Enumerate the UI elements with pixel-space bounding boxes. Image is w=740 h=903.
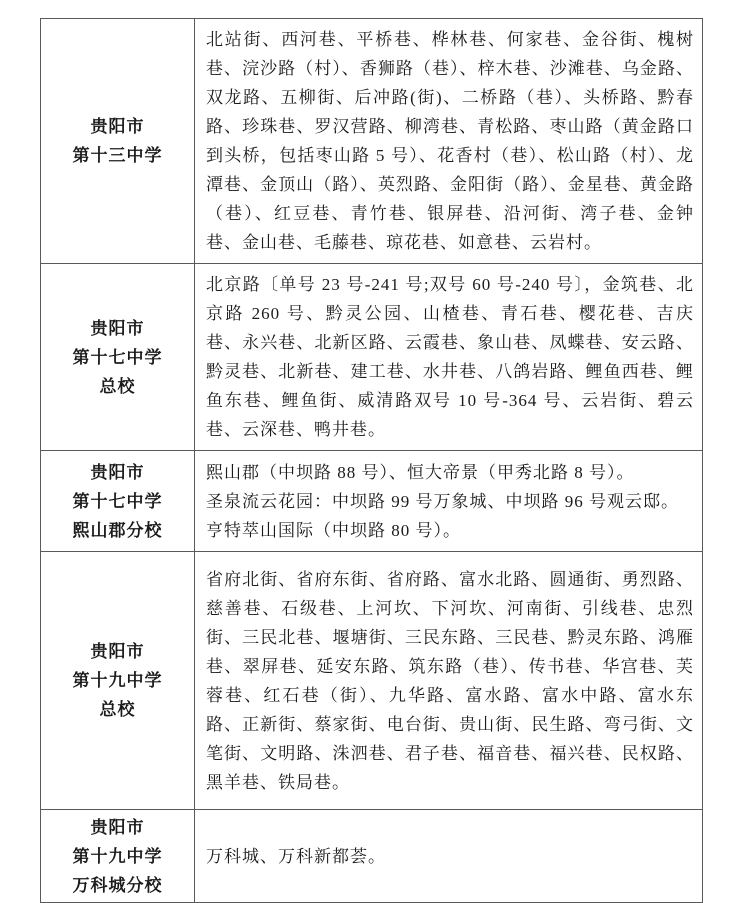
school-name: 贵阳市 第十九中学 万科城分校 <box>41 810 195 903</box>
table-row: 贵阳市 第十三中学 北站街、西河巷、平桥巷、桦林巷、何家巷、金谷街、槐树巷、浣沙… <box>41 19 703 264</box>
district-areas-text: 万科城、万科新都荟。 <box>195 810 703 903</box>
school-name: 贵阳市 第十七中学 总校 <box>41 264 195 451</box>
district-areas-text: 省府北街、省府东街、省府路、富水北路、圆通街、勇烈路、慈善巷、石级巷、上河坎、下… <box>195 552 703 810</box>
table-row: 贵阳市 第十七中学 总校 北京路〔单号 23 号-241 号;双号 60 号-2… <box>41 264 703 451</box>
district-areas-text: 熙山郡（中坝路 88 号）、恒大帝景（甲秀北路 8 号）。 圣泉流云花园：中坝路… <box>195 451 703 552</box>
school-name: 贵阳市 第十七中学 熙山郡分校 <box>41 451 195 552</box>
table-row: 贵阳市 第十九中学 万科城分校 万科城、万科新都荟。 <box>41 810 703 903</box>
district-areas-text: 北京路〔单号 23 号-241 号;双号 60 号-240 号〕，金筑巷、北京路… <box>195 264 703 451</box>
school-district-table: 贵阳市 第十三中学 北站街、西河巷、平桥巷、桦林巷、何家巷、金谷街、槐树巷、浣沙… <box>40 18 703 903</box>
district-areas-text: 北站街、西河巷、平桥巷、桦林巷、何家巷、金谷街、槐树巷、浣沙路（村）、香狮路（巷… <box>195 19 703 264</box>
table-row: 贵阳市 第十九中学 总校 省府北街、省府东街、省府路、富水北路、圆通街、勇烈路、… <box>41 552 703 810</box>
table-row: 贵阳市 第十七中学 熙山郡分校 熙山郡（中坝路 88 号）、恒大帝景（甲秀北路 … <box>41 451 703 552</box>
school-name: 贵阳市 第十三中学 <box>41 19 195 264</box>
school-name: 贵阳市 第十九中学 总校 <box>41 552 195 810</box>
